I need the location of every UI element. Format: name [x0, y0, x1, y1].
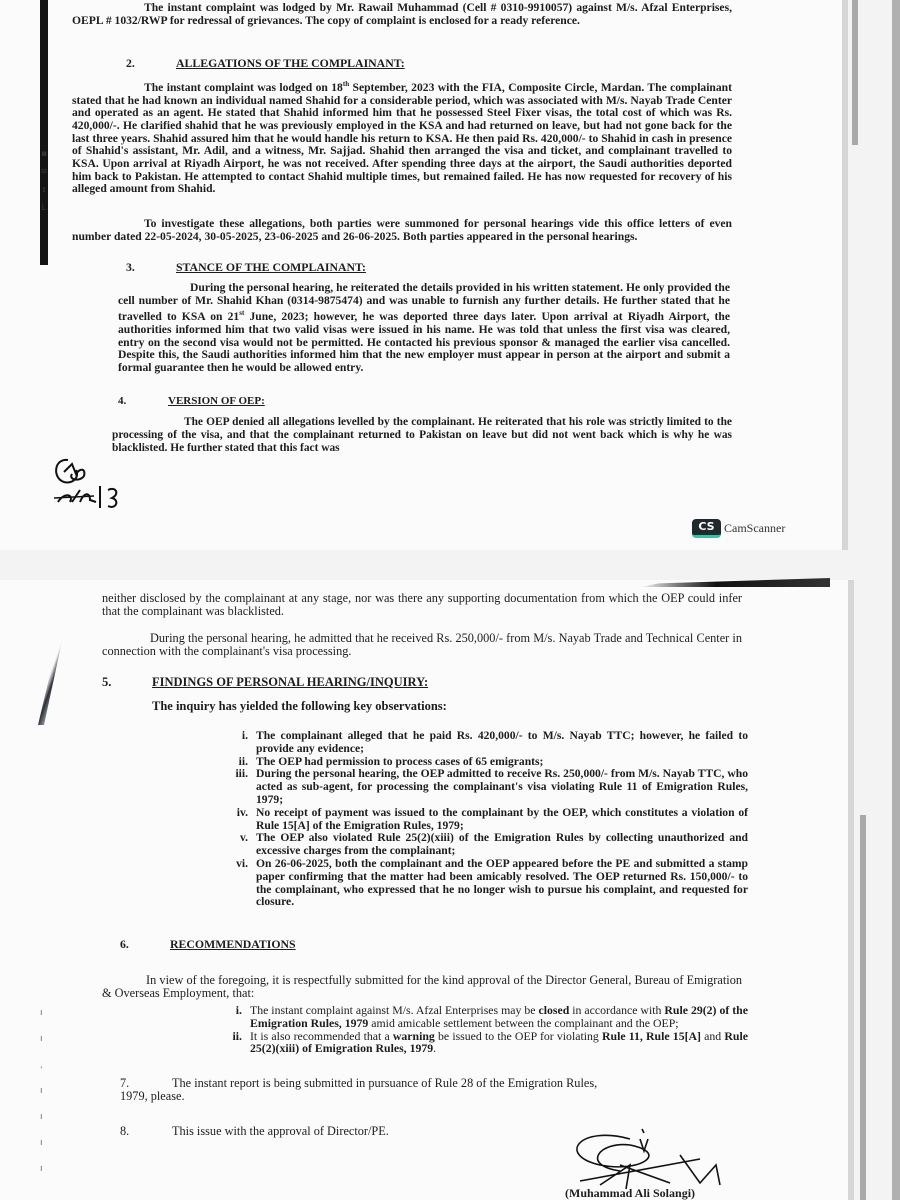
- finding-item: v.The OEP also violated Rule 25(2)(xiii)…: [218, 832, 748, 858]
- scanned-page-2: neither disclosed by the complainant at …: [0, 580, 854, 1200]
- initials-signature-icon: [50, 450, 170, 520]
- viewer-scrollbar[interactable]: [892, 0, 900, 1200]
- intro-paragraph: The instant complaint was lodged by Mr. …: [72, 2, 732, 27]
- finding-item: iii.During the personal hearing, the OEP…: [218, 768, 748, 806]
- section-number: 2.: [126, 56, 176, 71]
- camscanner-logo-icon: CS: [692, 519, 721, 538]
- section-5-heading: 5.FINDINGS OF PERSONAL HEARING/INQUIRY:: [102, 675, 428, 690]
- section-number: 6.: [120, 937, 170, 952]
- admission-paragraph: During the personal hearing, he admitted…: [102, 632, 742, 658]
- stance-paragraph: During the personal hearing, he reiterat…: [118, 282, 730, 375]
- section-4-heading: 4.VERSION OF OEP:: [118, 395, 265, 407]
- section-title: RECOMMENDATIONS: [170, 937, 296, 951]
- roman-numeral: iii.: [218, 768, 248, 781]
- section-8-paragraph: 8.This issue with the approval of Direct…: [120, 1125, 620, 1138]
- section-number: 4.: [118, 395, 168, 407]
- section-title: VERSION OF OEP:: [168, 395, 265, 407]
- scanned-page-1: ▪≡ᵻᒪ The instant complaint was lodged by…: [0, 0, 848, 550]
- camscanner-watermark: CS CamScanner: [692, 519, 785, 538]
- findings-list: i.The complainant alleged that he paid R…: [218, 730, 748, 909]
- page-2-scrollbar-thumb[interactable]: [860, 815, 866, 1200]
- findings-intro: The inquiry has yielded the following ke…: [152, 700, 447, 713]
- page-1-scrollbar-thumb[interactable]: [852, 0, 858, 145]
- roman-numeral: vi.: [218, 858, 248, 871]
- section-number: 3.: [126, 260, 176, 275]
- recommendation-item: ii.It is also recommended that a warning…: [212, 1030, 748, 1056]
- section-number: 5.: [102, 675, 152, 690]
- section-7-paragraph: 7.The instant report is being submitted …: [120, 1077, 760, 1103]
- recommendations-list: i.The instant complaint against M/s. Afz…: [212, 1004, 748, 1055]
- roman-numeral: i.: [218, 730, 248, 743]
- camscanner-label: CamScanner: [724, 521, 785, 536]
- section-6-heading: 6.RECOMMENDATIONS: [120, 937, 296, 952]
- finding-item: vi.On 26-06-2025, both the complainant a…: [218, 858, 748, 909]
- section-title: FINDINGS OF PERSONAL HEARING/INQUIRY:: [152, 675, 428, 689]
- allegations-paragraph: The instant complaint was lodged on 18th…: [72, 78, 732, 196]
- binder-marks: ▪≡ᵻᒪ: [40, 145, 48, 217]
- roman-numeral: ii.: [212, 1030, 242, 1043]
- roman-numeral: v.: [218, 832, 248, 845]
- continuation-paragraph: neither disclosed by the complainant at …: [102, 592, 742, 618]
- recommendations-intro: In view of the foregoing, it is respectf…: [102, 974, 742, 1000]
- finding-item: i.The complainant alleged that he paid R…: [218, 730, 748, 756]
- signatory-name: (Muhammad Ali Solangi): [565, 1186, 695, 1200]
- section-2-heading: 2.ALLEGATIONS OF THE COMPLAINANT:: [126, 56, 405, 71]
- section-title: ALLEGATIONS OF THE COMPLAINANT:: [176, 56, 405, 70]
- finding-item: iv.No receipt of payment was issued to t…: [218, 807, 748, 833]
- roman-numeral: i.: [212, 1004, 242, 1017]
- binder-edge: [40, 0, 48, 265]
- section-3-heading: 3.STANCE OF THE COMPLAINANT:: [126, 260, 366, 275]
- officer-signature-icon: [560, 1125, 760, 1195]
- recommendation-item: i.The instant complaint against M/s. Afz…: [212, 1004, 748, 1030]
- roman-numeral: iv.: [218, 807, 248, 820]
- margin-marks: ııˌıııı: [40, 1000, 46, 1182]
- section-title: STANCE OF THE COMPLAINANT:: [176, 260, 366, 274]
- hearings-paragraph: To investigate these allegations, both p…: [72, 218, 732, 243]
- oep-version-paragraph: The OEP denied all allegations levelled …: [112, 416, 732, 455]
